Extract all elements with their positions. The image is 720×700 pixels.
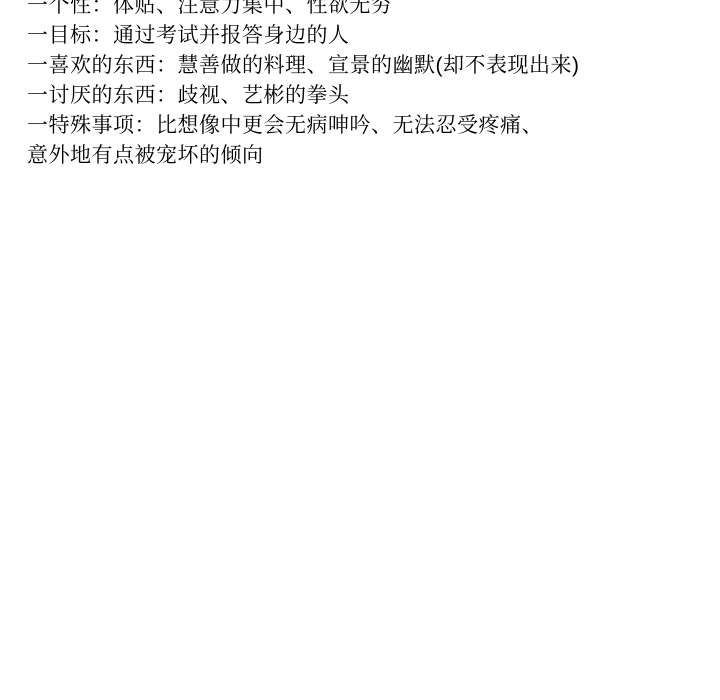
profile-line-goal: 一目标：通过考试并报答身边的人 [27, 21, 710, 51]
character-profile-text: 一个性：体贴、注意力集中、性欲无穷 一目标：通过考试并报答身边的人 一喜欢的东西… [27, 0, 710, 171]
profile-line-personality: 一个性：体贴、注意力集中、性欲无穷 [27, 0, 710, 21]
profile-line-dislikes: 一讨厌的东西：歧视、艺彬的拳头 [27, 81, 710, 111]
profile-line-special-notes-continuation: 意外地有点被宠坏的倾向 [27, 141, 710, 171]
profile-line-special-notes: 一特殊事项：比想像中更会无病呻吟、无法忍受疼痛、 [27, 111, 710, 141]
profile-line-likes: 一喜欢的东西：慧善做的料理、宣景的幽默(却不表现出来) [27, 51, 710, 81]
